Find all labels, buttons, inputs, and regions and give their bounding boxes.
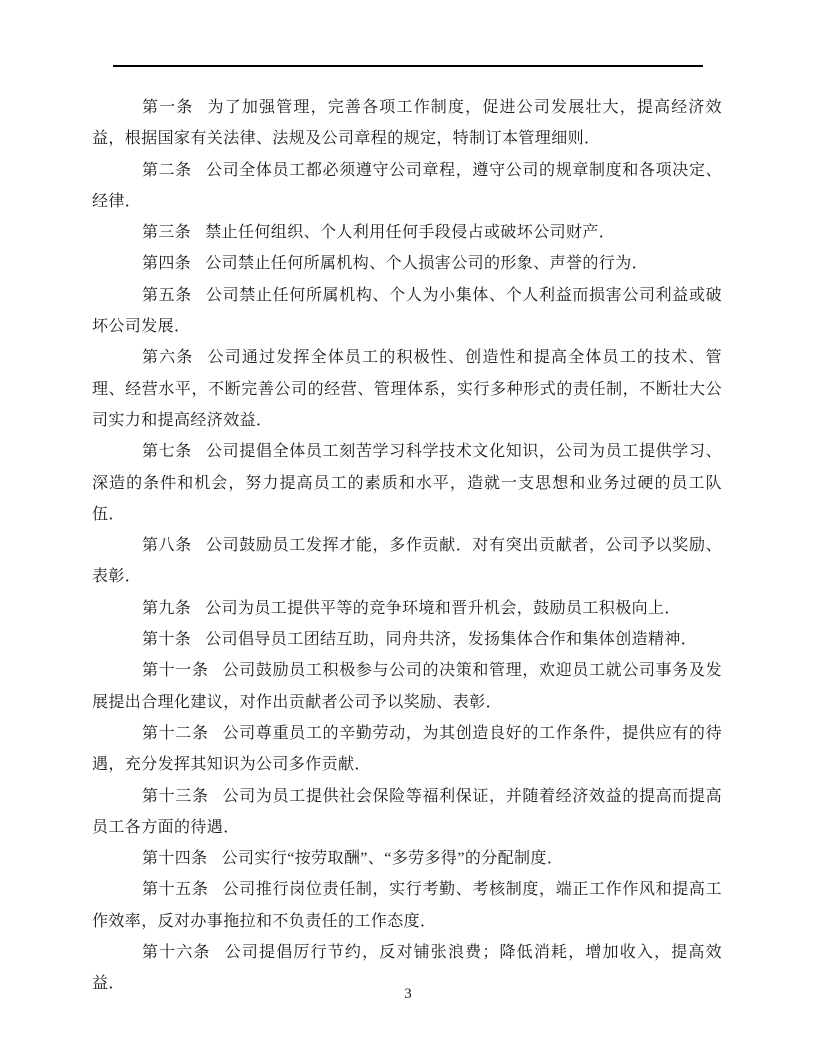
article-paragraph: 第十三条公司为员工提供社会保险等福利保证，并随着经济效益的提高而提高员工各方面的…: [92, 781, 722, 844]
article-number: 第十条: [142, 631, 191, 648]
article-paragraph: 第十条公司倡导员工团结互助，同舟共济，发扬集体合作和集体创造精神．: [92, 624, 722, 655]
article-text: 公司倡导员工团结互助，同舟共济，发扬集体合作和集体创造精神．: [205, 631, 697, 648]
article-paragraph: 第二条公司全体员工都必须遵守公司章程，遵守公司的规章制度和各项决定、经律．: [92, 155, 722, 218]
article-paragraph: 第九条公司为员工提供平等的竞争环境和晋升机会，鼓励员工积极向上．: [92, 593, 722, 624]
article-number: 第十五条: [142, 881, 209, 898]
document-page: 第一条为了加强管理，完善各项工作制度，促进公司发展壮大，提高经济效益，根据国家有…: [0, 0, 816, 1056]
header-divider-line: [113, 65, 703, 67]
article-number: 第十三条: [142, 788, 209, 805]
article-number: 第十四条: [142, 850, 208, 867]
article-number: 第八条: [142, 537, 192, 554]
article-paragraph: 第一条为了加强管理，完善各项工作制度，促进公司发展壮大，提高经济效益，根据国家有…: [92, 92, 722, 155]
article-paragraph: 第五条公司禁止任何所属机构、个人为小集体、个人利益而损害公司利益或破坏公司发展．: [92, 280, 722, 343]
page-number: 3: [0, 986, 816, 1003]
article-number: 第十一条: [142, 662, 209, 679]
article-number: 第五条: [142, 287, 192, 304]
article-paragraph: 第七条公司提倡全体员工刻苦学习科学技术文化知识，公司为员工提供学习、深造的条件和…: [92, 436, 722, 530]
article-text: 公司禁止任何所属机构、个人损害公司的形象、声誉的行为．: [205, 255, 648, 272]
article-paragraph: 第十一条公司鼓励员工积极参与公司的决策和管理，欢迎员工就公司事务及发展提出合理化…: [92, 655, 722, 718]
article-number: 第十六条: [142, 944, 211, 961]
article-text: 公司实行“按劳取酬”、“多劳多得”的分配制度．: [222, 850, 564, 867]
article-number: 第十二条: [142, 725, 209, 742]
article-number: 第六条: [142, 349, 194, 366]
article-paragraph: 第三条禁止任何组织、个人利用任何手段侵占或破坏公司财产．: [92, 217, 722, 248]
article-paragraph: 第六条公司通过发挥全体员工的积极性、创造性和提高全体员工的技术、管理、经营水平，…: [92, 342, 722, 436]
article-paragraph: 第十二条公司尊重员工的辛勤劳动，为其创造良好的工作条件，提供应有的待遇，充分发挥…: [92, 718, 722, 781]
document-body: 第一条为了加强管理，完善各项工作制度，促进公司发展壮大，提高经济效益，根据国家有…: [92, 92, 722, 1000]
article-paragraph: 第十四条公司实行“按劳取酬”、“多劳多得”的分配制度．: [92, 843, 722, 874]
article-number: 第一条: [142, 99, 194, 116]
article-number: 第三条: [142, 224, 191, 241]
article-paragraph: 第十五条公司推行岗位责任制，实行考勤、考核制度，端正工作作风和提高工作效率，反对…: [92, 874, 722, 937]
article-number: 第二条: [142, 162, 192, 179]
article-text: 禁止任何组织、个人利用任何手段侵占或破坏公司财产．: [205, 224, 615, 241]
article-text: 公司为员工提供平等的竞争环境和晋升机会，鼓励员工积极向上．: [205, 600, 681, 617]
article-paragraph: 第四条公司禁止任何所属机构、个人损害公司的形象、声誉的行为．: [92, 248, 722, 279]
article-number: 第四条: [142, 255, 191, 272]
article-paragraph: 第八条公司鼓励员工发挥才能，多作贡献．对有突出贡献者，公司予以奖励、表彰．: [92, 530, 722, 593]
article-number: 第九条: [142, 600, 191, 617]
article-number: 第七条: [142, 443, 192, 460]
